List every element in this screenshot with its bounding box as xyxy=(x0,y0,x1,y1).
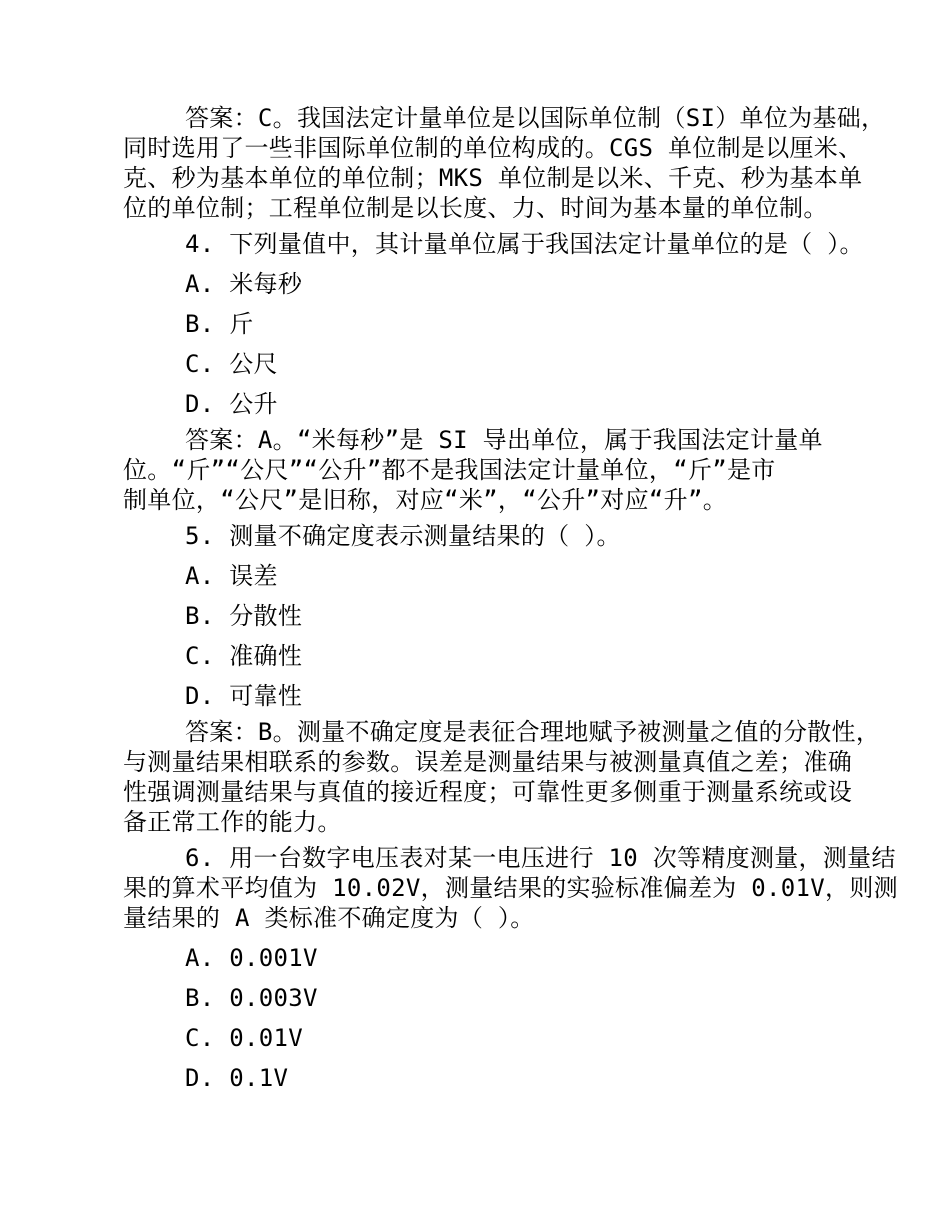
paragraph-line: 与测量结果相联系的参数。误差是测量结果与被测量真值之差；准确 xyxy=(123,747,863,777)
question-6: 6. 用一台数字电压表对某一电压进行 10 次等精度测量，测量结 果的算术平均值… xyxy=(123,843,863,933)
question-5-option-a: A. 误差 xyxy=(123,561,863,591)
paragraph-line: 位的单位制；工程单位制是以长度、力、时间为基本量的单位制。 xyxy=(123,193,863,223)
question-6-option-a: A. 0.001V xyxy=(123,943,863,973)
paragraph-line: 同时选用了一些非国际单位制的单位构成的。CGS 单位制是以厘米、 xyxy=(123,133,863,163)
question-5: 5. 测量不确定度表示测量结果的（ ）。 xyxy=(123,521,863,551)
question-4-option-b: B. 斤 xyxy=(123,309,863,339)
answer-paragraph-q4: 答案：A。“米每秒”是 SI 导出单位，属于我国法定计量单 位。“斤”“公尺”“… xyxy=(123,425,863,515)
question-5-text: 5. 测量不确定度表示测量结果的（ ）。 xyxy=(123,521,863,551)
question-5-option-c: C. 准确性 xyxy=(123,641,863,671)
paragraph-line: 位。“斤”“公尺”“公升”都不是我国法定计量单位，“斤”是市 xyxy=(123,455,863,485)
paragraph-line: 答案：A。“米每秒”是 SI 导出单位，属于我国法定计量单 xyxy=(123,425,863,455)
document-body: 答案：C。我国法定计量单位是以国际单位制（SI）单位为基础， 同时选用了一些非国… xyxy=(123,103,863,1093)
answer-paragraph-q3: 答案：C。我国法定计量单位是以国际单位制（SI）单位为基础， 同时选用了一些非国… xyxy=(123,103,863,223)
question-4-text: 4. 下列量值中，其计量单位属于我国法定计量单位的是（ ）。 xyxy=(123,229,863,259)
question-6-option-d: D. 0.1V xyxy=(123,1063,863,1093)
question-5-option-b: B. 分散性 xyxy=(123,601,863,631)
paragraph-line: 备正常工作的能力。 xyxy=(123,807,863,837)
paragraph-line: 制单位，“公尺”是旧称，对应“米”，“公升”对应“升”。 xyxy=(123,485,863,515)
paragraph-line: 性强调测量结果与真值的接近程度；可靠性更多侧重于测量系统或设 xyxy=(123,777,863,807)
paragraph-line: 答案：B。测量不确定度是表征合理地赋予被测量之值的分散性， xyxy=(123,717,863,747)
paragraph-line: 答案：C。我国法定计量单位是以国际单位制（SI）单位为基础， xyxy=(123,103,863,133)
paragraph-line: 克、秒为基本单位的单位制；MKS 单位制是以米、千克、秒为基本单 xyxy=(123,163,863,193)
question-4-option-d: D. 公升 xyxy=(123,389,863,419)
answer-paragraph-q5: 答案：B。测量不确定度是表征合理地赋予被测量之值的分散性， 与测量结果相联系的参… xyxy=(123,717,863,837)
question-4-option-c: C. 公尺 xyxy=(123,349,863,379)
question-5-option-d: D. 可靠性 xyxy=(123,681,863,711)
question-6-option-b: B. 0.003V xyxy=(123,983,863,1013)
document-page: { "page": { "background_color": "#ffffff… xyxy=(0,0,950,1230)
question-6-line: 量结果的 A 类标准不确定度为（ ）。 xyxy=(123,903,863,933)
question-4: 4. 下列量值中，其计量单位属于我国法定计量单位的是（ ）。 xyxy=(123,229,863,259)
question-6-line: 6. 用一台数字电压表对某一电压进行 10 次等精度测量，测量结 xyxy=(123,843,863,873)
question-6-option-c: C. 0.01V xyxy=(123,1023,863,1053)
question-6-line: 果的算术平均值为 10.02V，测量结果的实验标准偏差为 0.01V，则测 xyxy=(123,873,863,903)
question-4-option-a: A. 米每秒 xyxy=(123,269,863,299)
